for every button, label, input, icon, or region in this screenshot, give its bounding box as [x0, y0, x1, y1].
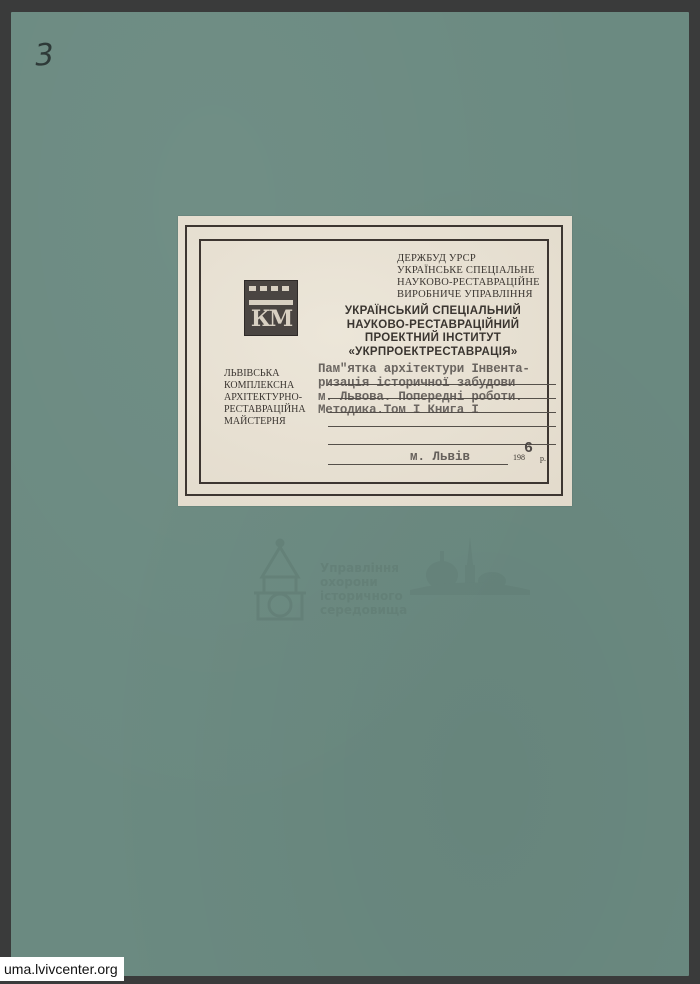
watermark-line: охорони	[320, 575, 407, 589]
institute-name: УКРАЇНСЬКИЙ СПЕЦІАЛЬНИЙ НАУКОВО-РЕСТАВРА…	[308, 305, 558, 359]
typed-title-line: м. Львова. Попередні роботи.	[318, 391, 558, 405]
year-suffix: р.	[540, 454, 546, 463]
tower-icon	[250, 535, 310, 625]
church-silhouette-icon	[410, 535, 530, 605]
watermark-line: історичного	[320, 589, 407, 603]
title-label: ДЕРЖБУД УРСР УКРАЇНСЬКЕ СПЕЦІАЛЬНЕ НАУКО…	[178, 216, 572, 506]
source-watermark-link: uma.lvivcenter.org	[0, 957, 124, 981]
workshop-line: КОМПЛЕКСНА	[224, 380, 324, 392]
handwritten-page-number: 3	[34, 37, 55, 73]
logo-monogram: КМ	[245, 306, 297, 332]
institute-logo-icon: КМ	[244, 280, 298, 336]
institute-line: ПРОЕКТНИЙ ІНСТИТУТ	[308, 332, 558, 346]
typed-title-line: Методика.Том I Книга I	[318, 404, 558, 418]
form-line	[328, 464, 508, 465]
institute-line: НАУКОВО-РЕСТАВРАЦІЙНИЙ	[308, 319, 558, 333]
city: м. Львів	[410, 450, 470, 464]
ministry-line: ВИРОБНИЧЕ УПРАВЛІННЯ	[397, 289, 557, 301]
workshop-line: ЛЬВІВСЬКА	[224, 368, 324, 380]
ministry-line: УКРАЇНСЬКЕ СПЕЦІАЛЬНЕ	[397, 265, 557, 277]
archive-watermark: Управління охорони історичного середовищ…	[250, 535, 530, 630]
typed-document-title: Пам"ятка архітектури Інвента- ризація іс…	[318, 363, 558, 418]
workshop-name: ЛЬВІВСЬКА КОМПЛЕКСНА АРХІТЕКТУРНО- РЕСТА…	[224, 368, 324, 428]
ministry-line: ДЕРЖБУД УРСР	[397, 253, 557, 265]
workshop-line: РЕСТАВРАЦІЙНА	[224, 404, 324, 416]
watermark-line: Управління	[320, 561, 407, 575]
institute-line: УКРАЇНСЬКИЙ СПЕЦІАЛЬНИЙ	[308, 305, 558, 319]
workshop-line: АРХІТЕКТУРНО-	[224, 392, 324, 404]
institute-line: «УКРПРОЕКТРЕСТАВРАЦІЯ»	[308, 346, 558, 360]
year-digit: 6	[524, 440, 533, 457]
watermark-line: середовища	[320, 603, 407, 617]
workshop-line: МАЙСТЕРНЯ	[224, 416, 324, 428]
ministry-heading: ДЕРЖБУД УРСР УКРАЇНСЬКЕ СПЕЦІАЛЬНЕ НАУКО…	[397, 253, 557, 301]
typed-title-line: ризація історичної забудови	[318, 377, 558, 391]
watermark-text: Управління охорони історичного середовищ…	[320, 561, 407, 617]
ministry-line: НАУКОВО-РЕСТАВРАЦІЙНЕ	[397, 277, 557, 289]
typed-title-line: Пам"ятка архітектури Інвента-	[318, 363, 558, 377]
form-line	[328, 444, 556, 445]
form-line	[328, 426, 556, 427]
archive-folder-cover: 3 ДЕРЖБУД УРСР УКРАЇНСЬКЕ СПЕЦІАЛЬНЕ НАУ…	[11, 12, 689, 976]
